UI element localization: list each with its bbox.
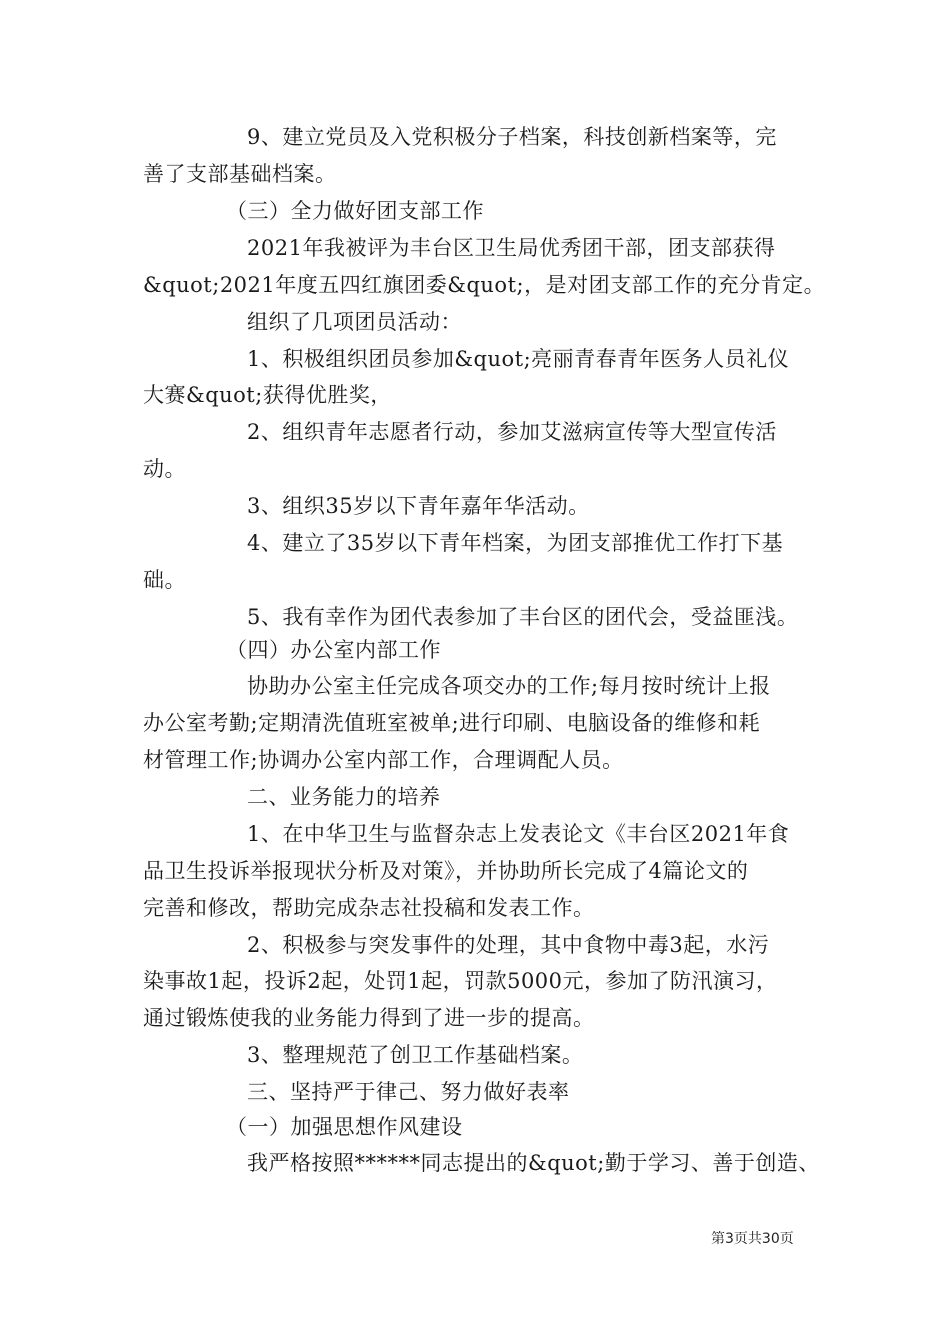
text-line: 2021年我被评为丰台区卫生局优秀团干部，团支部获得 (247, 235, 775, 261)
text-line: 组织了几项团员活动： (247, 309, 462, 335)
text-line: 2、组织青年志愿者行动，参加艾滋病宣传等大型宣传活 (247, 419, 777, 445)
text-line: 9、建立党员及入党积极分子档案，科技创新档案等，完 (247, 124, 777, 150)
text-line: （一）加强思想作风建设 (226, 1114, 463, 1140)
text-line: 品卫生投诉举报现状分析及对策》，并协助所长完成了4篇论文的 (143, 858, 748, 884)
text-line: 善了支部基础档案。 (143, 161, 337, 187)
text-line: &quot;2021年度五四红旗团委&quot;，是对团支部工作的充分肯定。 (143, 272, 825, 298)
text-line: 我严格按照******同志提出的&quot;勤于学习、善于创造、 (247, 1150, 820, 1176)
text-line: （三）全力做好团支部工作 (226, 198, 484, 224)
text-line: 二、业务能力的培养 (247, 784, 441, 810)
text-line: 完善和修改，帮助完成杂志社投稿和发表工作。 (143, 895, 595, 921)
text-line: 5、我有幸作为团代表参加了丰台区的团代会，受益匪浅。 (247, 604, 798, 630)
page-footer-page-number: 第3页共30页 (711, 1229, 794, 1249)
text-line: 通过锻炼使我的业务能力得到了进一步的提高。 (143, 1005, 595, 1031)
text-line: 动。 (143, 456, 186, 482)
text-line: 2、积极参与突发事件的处理，其中食物中毒3起，水污 (247, 932, 769, 958)
text-line: 大赛&quot;获得优胜奖， (143, 382, 392, 408)
text-line: 材管理工作;协调办公室内部工作，合理调配人员。 (143, 747, 624, 773)
text-line: 4、建立了35岁以下青年档案，为团支部推优工作打下基 (247, 530, 783, 556)
text-line: （四）办公室内部工作 (226, 637, 441, 663)
text-line: 3、组织35岁以下青年嘉年华活动。 (247, 493, 590, 519)
text-line: 础。 (143, 567, 186, 593)
text-line: 染事故1起，投诉2起，处罚1起，罚款5000元，参加了防汛演习， (143, 968, 778, 994)
text-line: 1、积极组织团员参加&quot;亮丽青春青年医务人员礼仪 (247, 346, 789, 372)
text-line: 3、整理规范了创卫工作基础档案。 (247, 1042, 583, 1068)
text-line: 三、坚持严于律己、努力做好表率 (247, 1079, 570, 1105)
text-line: 办公室考勤;定期清洗值班室被单;进行印刷、电脑设备的维修和耗 (143, 710, 760, 736)
text-line: 1、在中华卫生与监督杂志上发表论文《丰台区2021年食 (247, 821, 789, 847)
document-page: 9、建立党员及入党积极分子档案，科技创新档案等，完善了支部基础档案。（三）全力做… (0, 0, 950, 1344)
text-line: 协助办公室主任完成各项交办的工作;每月按时统计上报 (247, 673, 771, 699)
